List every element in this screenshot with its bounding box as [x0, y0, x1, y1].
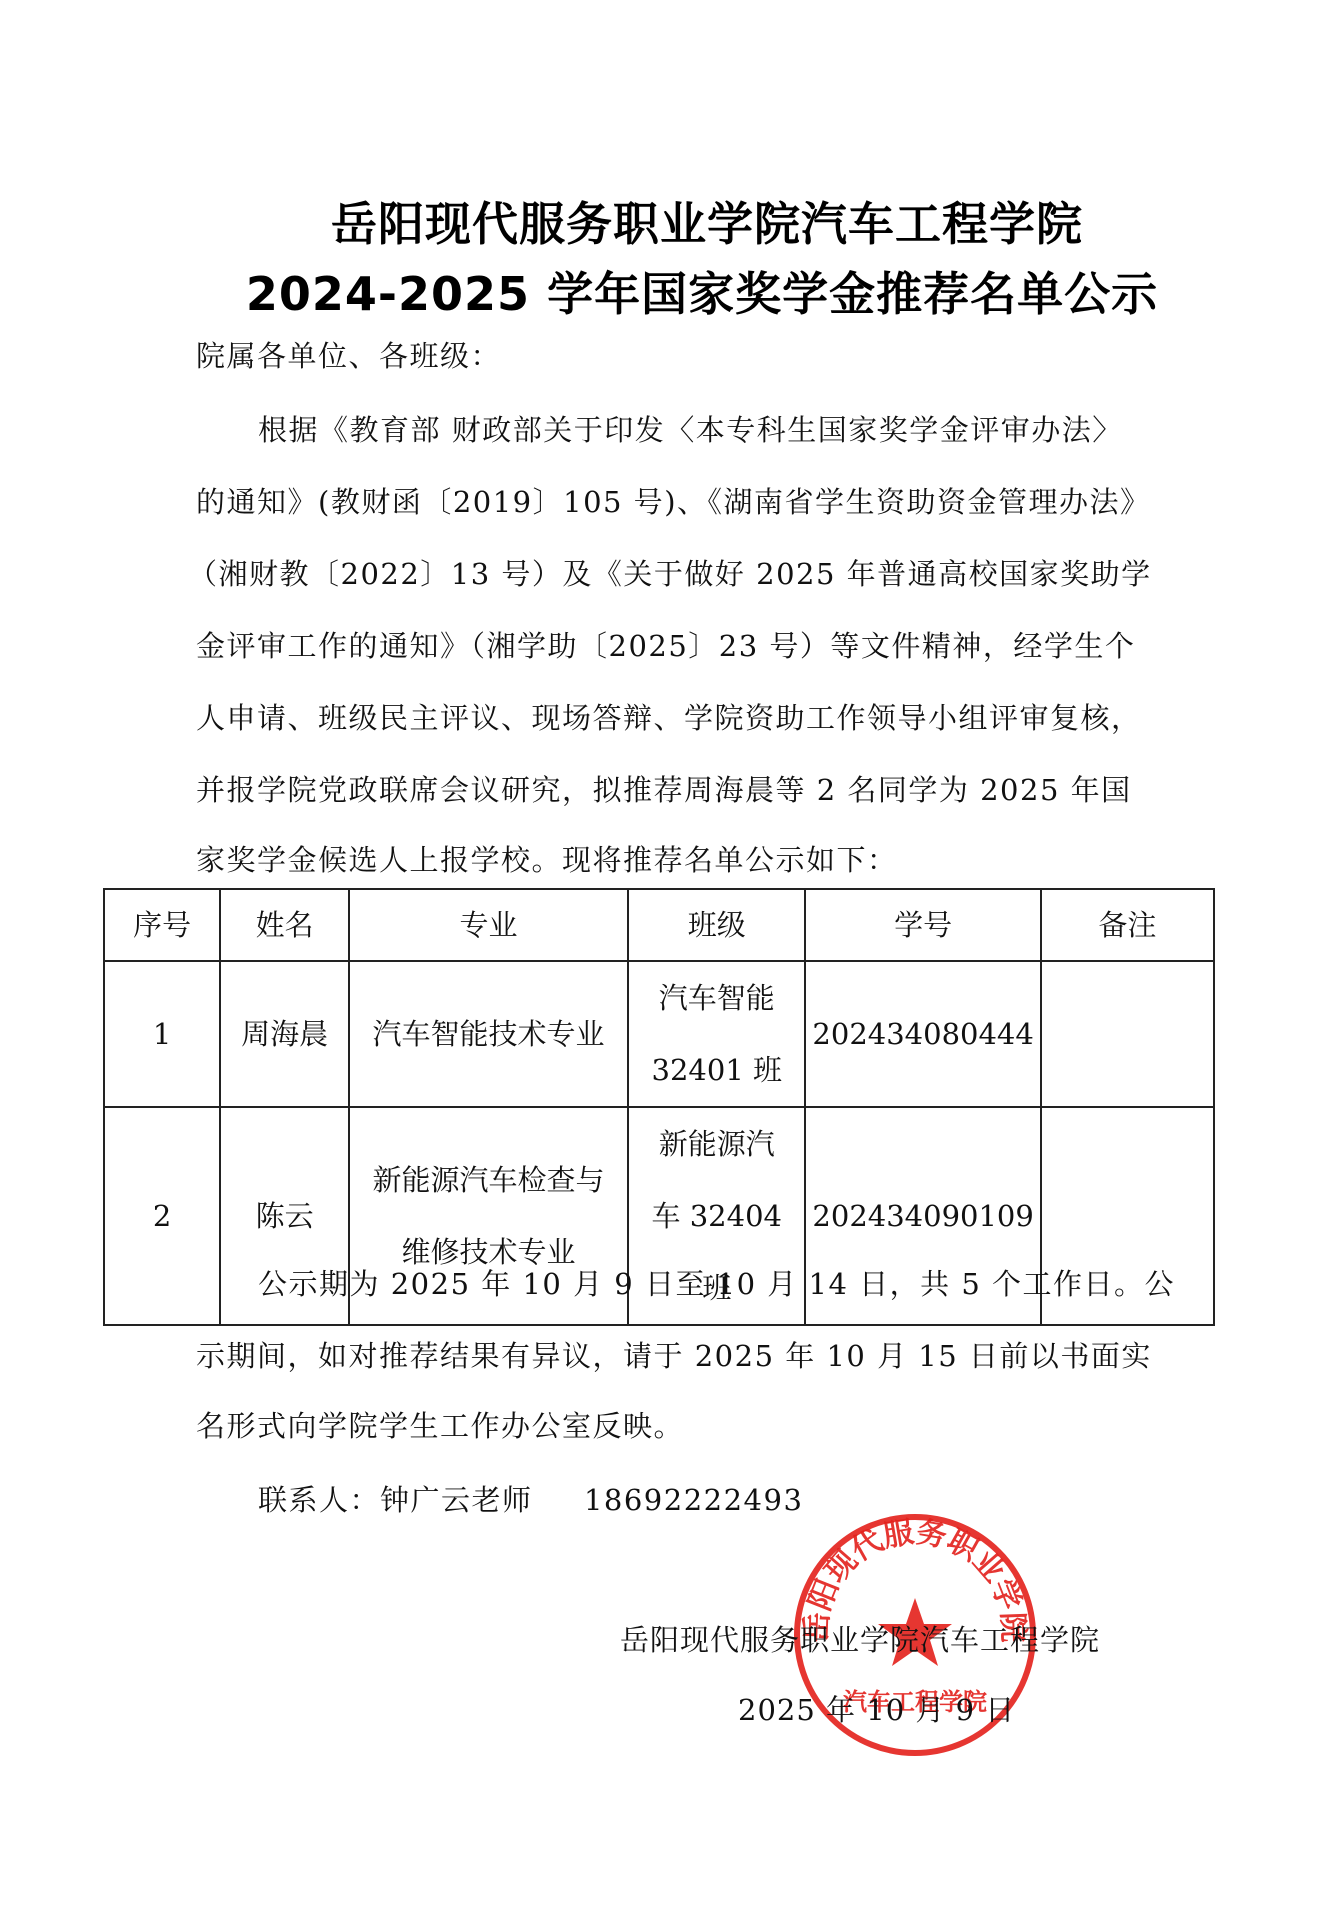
- major-text: 汽车智能技术专业: [373, 1017, 605, 1051]
- header-major: 专业: [349, 889, 628, 961]
- header-index: 序号: [104, 889, 220, 961]
- document-title-line1: 岳阳现代服务职业学院汽车工程学院: [40, 188, 1334, 254]
- body-line: 人申请、班级民主评议、现场答辩、学院资助工作领导小组评审复核，: [196, 696, 1136, 737]
- class-line1: 新能源汽: [635, 1108, 798, 1180]
- notice-line: 示期间，如对推荐结果有异议，请于 2025 年 10 月 15 日前以书面实: [196, 1334, 1136, 1375]
- body-line: 金评审工作的通知》（湘学助〔2025〕23 号）等文件精神，经学生个: [196, 624, 1136, 665]
- cell-name: 周海晨: [220, 961, 349, 1107]
- cell-index: 1: [104, 961, 220, 1107]
- body-line: 家奖学金候选人上报学校。现将推荐名单公示如下：: [196, 838, 1136, 879]
- body-line: 根据《教育部 财政部关于印发〈本专科生国家奖学金评审办法〉: [258, 408, 1198, 449]
- contact-line: 联系人：钟广云老师 18692222493: [258, 1478, 1198, 1519]
- body-line: 并报学院党政联席会议研究，拟推荐周海晨等 2 名同学为 2025 年国: [196, 768, 1136, 809]
- cell-index: 2: [104, 1107, 220, 1325]
- cell-remark: [1041, 961, 1214, 1107]
- major-line1: 新能源汽车检查与: [356, 1144, 621, 1216]
- table-header-row: 序号 姓名 专业 班级 学号 备注: [104, 889, 1214, 961]
- signature-date: 2025 年 10 月 9 日: [738, 1688, 1015, 1729]
- body-line: 的通知》(教财函〔2019〕105 号)、《湖南省学生资助资金管理办法》: [196, 480, 1136, 521]
- class-line1: 汽车智能: [635, 962, 798, 1034]
- header-remark: 备注: [1041, 889, 1214, 961]
- cell-student-id: 202434080444: [805, 961, 1040, 1107]
- contact-label: 联系人：钟广云老师: [258, 1483, 533, 1517]
- class-line2: 32401 班: [635, 1034, 798, 1106]
- contact-phone: 18692222493: [584, 1483, 803, 1517]
- notice-line: 名形式向学院学生工作办公室反映。: [196, 1404, 1136, 1445]
- table-row: 1 周海晨 汽车智能技术专业 汽车智能 32401 班 202434080444: [104, 961, 1214, 1107]
- header-student-id: 学号: [805, 889, 1040, 961]
- salutation: 院属各单位、各班级：: [196, 334, 1136, 375]
- cell-major: 汽车智能技术专业: [349, 961, 628, 1107]
- cell-class: 汽车智能 32401 班: [628, 961, 805, 1107]
- signature-org: 岳阳现代服务职业学院汽车工程学院: [620, 1618, 1100, 1659]
- notice-line: 公示期为 2025 年 10 月 9 日至 10 月 14 日，共 5 个工作日…: [258, 1262, 1198, 1303]
- header-name: 姓名: [220, 889, 349, 961]
- document-title-line2: 2024-2025 学年国家奖学金推荐名单公示: [35, 258, 1334, 324]
- recommendation-table: 序号 姓名 专业 班级 学号 备注 1 周海晨 汽车智能技术专业 汽车智能 32…: [103, 888, 1215, 1326]
- body-line: （湘财教〔2022〕13 号）及《关于做好 2025 年普通高校国家奖助学: [188, 552, 1128, 593]
- header-class: 班级: [628, 889, 805, 961]
